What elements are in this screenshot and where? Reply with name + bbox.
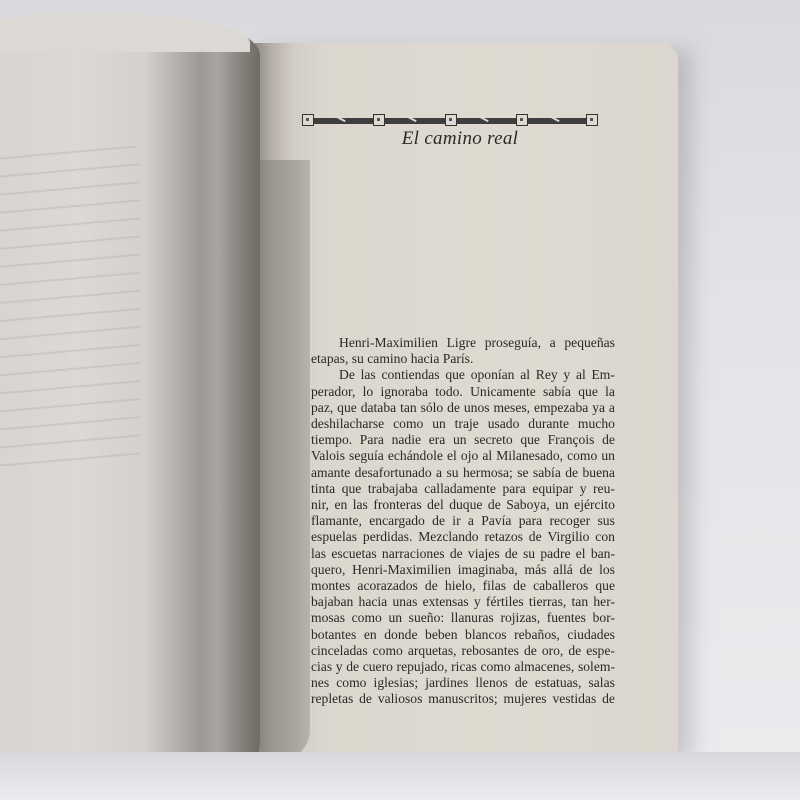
- text-line: perador,loignorabatodo.Unicamentesabíaqu…: [311, 384, 615, 400]
- text-line: mosascomounsueño:llanurasrojizas,fuentes…: [311, 610, 615, 626]
- ornament-square-icon: [302, 114, 314, 126]
- left-page-curled: [0, 26, 260, 796]
- text-line: repletasdevaliososmanuscritos;mujeresves…: [311, 691, 615, 707]
- text-line: etapas, su camino hacia París.: [311, 351, 615, 367]
- text-line: flamante,encargadodeiraPavíapararecogers…: [311, 513, 615, 529]
- ornament-square-icon: [586, 114, 598, 126]
- text-line: paz,quedatabatansólodeunosmeses,empezaba…: [311, 400, 615, 416]
- text-line: lasescuetasnarracionesdeviajesdesupadree…: [311, 546, 615, 562]
- text-line: quero,Henri-Maximilienimaginaba,másallád…: [311, 562, 615, 578]
- text-line: deshilacharsecomountrajeusadodurantemuch…: [311, 416, 615, 432]
- text-line: ValoisseguíaechándoleelojoalMilanesado,c…: [311, 448, 615, 464]
- text-line: bajabanhaciaunasextensasyfértilestierras…: [311, 594, 615, 610]
- left-page-show-through-text: [0, 146, 140, 466]
- text-line: DelascontiendasqueoponíanalReyyalEm-: [311, 367, 615, 383]
- photo-scene: El camino real Henri-MaximilienLigrepros…: [0, 0, 800, 800]
- text-line: Henri-MaximilienLigreproseguía,apequeñas: [311, 335, 615, 351]
- chapter-title: El camino real: [290, 128, 630, 150]
- text-line: tiempo.ParanadieeraunsecretoqueFrançoisd…: [311, 432, 615, 448]
- text-line: nir,enlasfronterasdelduquedeSaboya,unejé…: [311, 497, 615, 513]
- text-line: botantesendondebebenblancosrebaños,ciuda…: [311, 627, 615, 643]
- text-line: espuelasperdidas.MezclandoretazosdeVirgi…: [311, 529, 615, 545]
- ornament-square-icon: [445, 114, 457, 126]
- ornament-square-icon: [373, 114, 385, 126]
- text-line: ciasydecuerorepujado,ricascomoalmacenes,…: [311, 659, 615, 675]
- text-line: amantedesafortunadoasuhermosa;sesabíadeb…: [311, 465, 615, 481]
- text-line: tintaquetrabajabacalladamenteparaequipar…: [311, 481, 615, 497]
- body-text: Henri-MaximilienLigreproseguía,apequeñas…: [311, 335, 615, 708]
- chapter-ornament-bar: [302, 114, 602, 128]
- table-surface: [0, 752, 800, 800]
- text-line: nescomoiglesias;jardinesllenosdeestatuas…: [311, 675, 615, 691]
- text-line: montesacorazadosdehielo,filasdecaballero…: [311, 578, 615, 594]
- ornament-square-icon: [516, 114, 528, 126]
- text-line: cinceladascomoarquetas,rebosantesdeoro,d…: [311, 643, 615, 659]
